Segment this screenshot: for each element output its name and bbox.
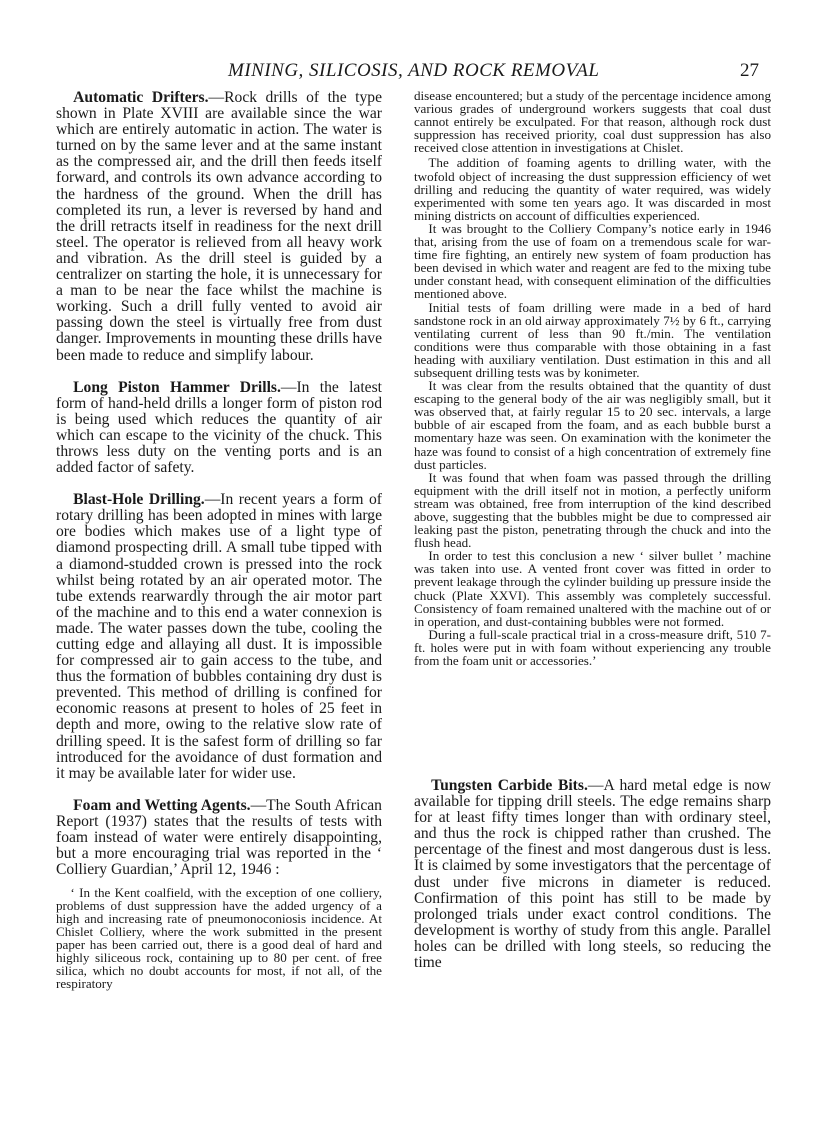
section-heading: Tungsten Carbide Bits. (431, 777, 588, 794)
section-blast-hole: Blast-Hole Drilling.—In recent years a f… (56, 492, 382, 782)
section-long-piston: Long Piston Hammer Drills.—In the latest… (56, 380, 382, 477)
quote-paragraph: During a full-scale practical trial in a… (414, 628, 771, 667)
section-body: —Rock drills of the type shown in Plate … (56, 89, 382, 364)
section-heading: Automatic Drifters. (73, 89, 208, 106)
running-title: MINING, SILICOSIS, AND ROCK REMOVAL (228, 60, 599, 82)
quote-paragraph: It was found that when foam was passed t… (414, 471, 771, 550)
section-tungsten: Tungsten Carbide Bits.—A hard metal edge… (414, 778, 771, 971)
section-heading: Foam and Wetting Agents. (73, 797, 250, 814)
quote-paragraph: It was brought to the Colliery Company’s… (414, 222, 771, 301)
page-header: MINING, SILICOSIS, AND ROCK REMOVAL 27 (0, 60, 816, 84)
section-body: —In recent years a form of rotary drilli… (56, 491, 382, 782)
section-foam-wetting: Foam and Wetting Agents.—The South Afric… (56, 798, 382, 878)
section-heading: Blast-Hole Drilling. (73, 491, 205, 508)
section-body: —A hard metal edge is now available for … (414, 777, 771, 971)
page-number: 27 (740, 60, 759, 82)
quote-paragraph: disease encountered; but a study of the … (414, 89, 771, 154)
section-heading: Long Piston Hammer Drills. (73, 379, 281, 396)
quote-paragraph: The addition of foaming agents to drilli… (414, 156, 771, 221)
quote-paragraph: ‘ In the Kent coalfield, with the except… (56, 887, 382, 990)
section-automatic-drifters: Automatic Drifters.—Rock drills of the t… (56, 90, 382, 364)
right-column-quote: disease encountered; but a study of the … (414, 89, 771, 667)
left-column: Automatic Drifters.—Rock drills of the t… (56, 90, 382, 991)
quote-paragraph: Initial tests of foam drilling were made… (414, 301, 771, 380)
quote-paragraph: In order to test this conclusion a new ‘… (414, 549, 771, 628)
quote-paragraph: It was clear from the results obtained t… (414, 379, 771, 471)
right-column-tungsten: Tungsten Carbide Bits.—A hard metal edge… (414, 778, 771, 971)
